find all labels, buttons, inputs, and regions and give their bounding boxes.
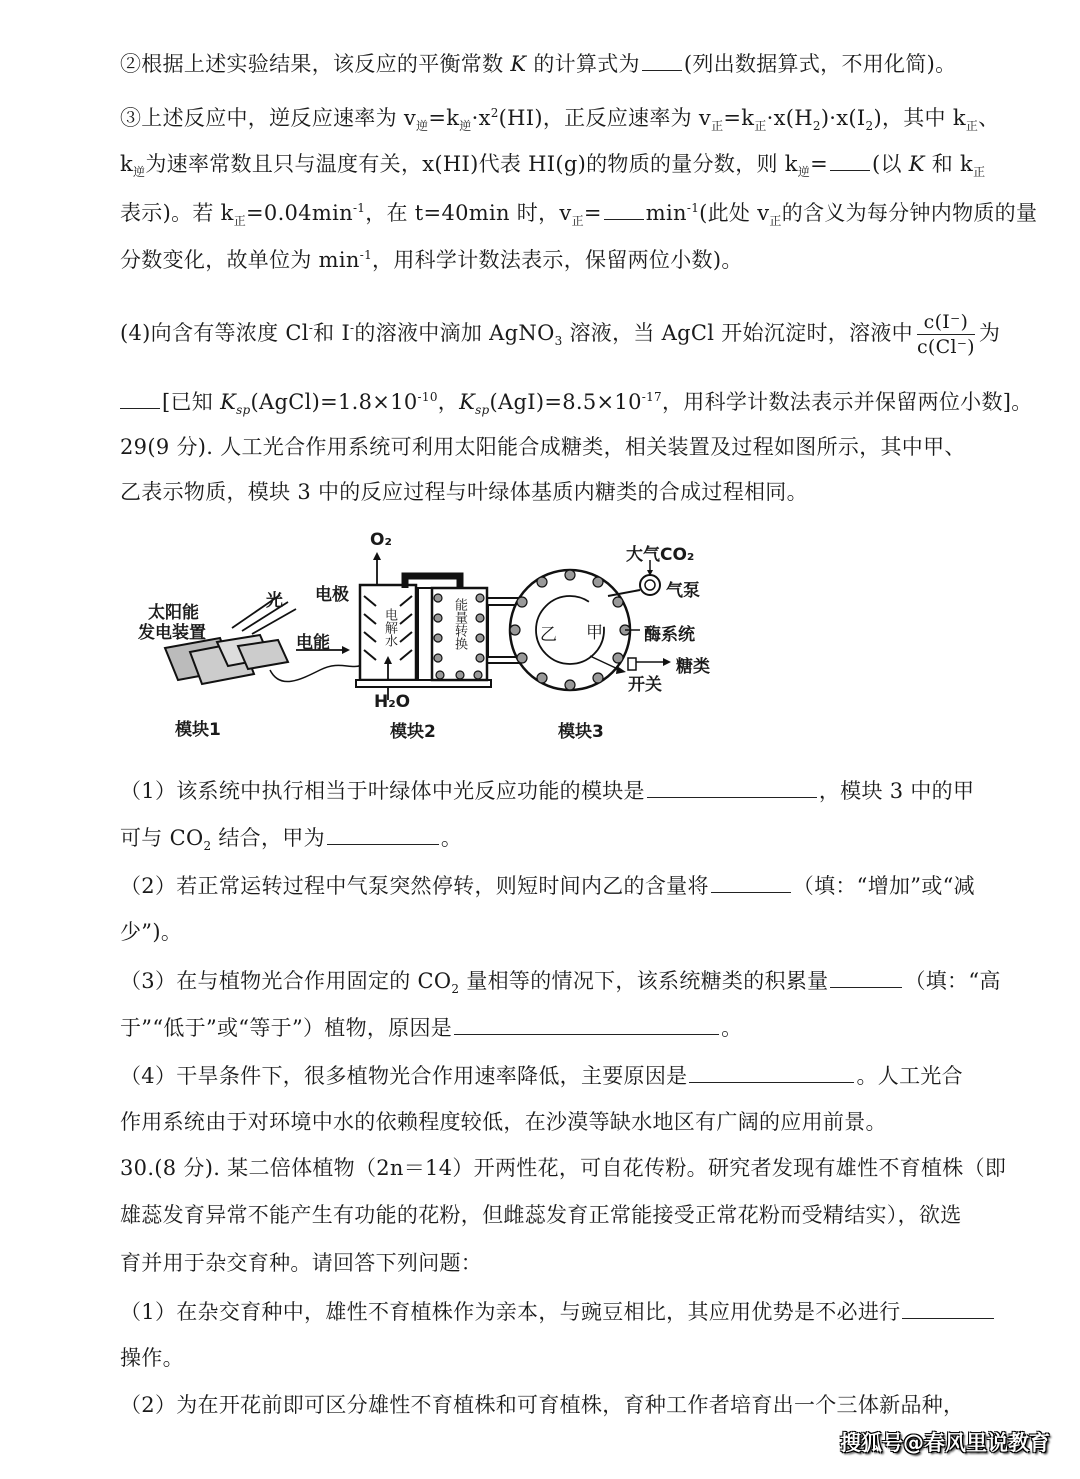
k-symbol: K <box>510 52 526 76</box>
module3-label: 模块3 <box>558 717 604 742</box>
text: ， <box>438 390 459 414</box>
text: 为速率常数且只与温度有关，x(HI)代表 HI(g)的物质的量分数，则 k <box>145 152 797 176</box>
sub: 正 <box>234 214 246 228</box>
text: 。 <box>441 826 462 850</box>
text: （4）干旱条件下，很多植物光合作用速率降低，主要原因是 <box>120 1064 687 1088</box>
q28-part3-line2: k逆为速率常数且只与温度有关，x(HI)代表 HI(g)的物质的量分数，则 k逆… <box>120 148 985 187</box>
q29-sub1-line1: （1）该系统中执行相当于叶绿体中光反应功能的模块是，模块 3 中的甲 <box>120 775 974 806</box>
char: 电 <box>382 608 397 621</box>
sub: sp <box>236 403 250 417</box>
text: (HI)，正反应速率为 v <box>499 106 711 130</box>
watermark: 搜狐号@春风里说教育 <box>840 1427 1050 1457</box>
q28-part2-line: ②根据上述实验结果，该反应的平衡常数 K 的计算式为(列出数据算式，不用化简)。 <box>120 48 956 79</box>
sup: -1 <box>687 201 699 215</box>
text: （2）若正常运转过程中气泵突然停转，则短时间内乙的含量将 <box>120 874 709 898</box>
text: 的含义为每分钟内物质的量 <box>782 201 1038 225</box>
ksp-symbol: K <box>220 390 236 414</box>
q29-sub2-line2: 少”)。 <box>120 917 182 947</box>
h2o-label: H₂O <box>374 692 410 712</box>
jia-label: 甲 <box>586 618 603 643</box>
char: 转 <box>452 624 467 637</box>
enzyme-system-label: 酶系统 <box>644 620 695 645</box>
energy-conversion-label: 能量转换 <box>452 598 467 650</box>
text: =k <box>428 106 459 130</box>
air-pump-label: 气泵 <box>666 576 700 601</box>
answer-blank[interactable] <box>711 870 791 893</box>
text: 为 <box>979 321 1000 345</box>
answer-blank[interactable] <box>647 775 817 798</box>
answer-blank[interactable] <box>327 822 439 845</box>
text: ·x <box>472 106 491 130</box>
char: 能 <box>452 598 467 611</box>
k-symbol: K <box>909 152 925 176</box>
q29-sub3-line1: （3）在与植物光合作用固定的 CO2 量相等的情况下，该系统糖类的积累量（填：“… <box>120 965 1001 1004</box>
text: (AgCl)=1.8×10 <box>251 390 418 414</box>
text: = <box>584 201 602 225</box>
q29-sub3-line2: 于”“低于”或“等于”）植物，原因是。 <box>120 1012 742 1043</box>
text: k <box>120 152 133 176</box>
answer-blank[interactable] <box>604 197 644 220</box>
sub: 正 <box>769 214 781 228</box>
text: 和 k <box>925 152 973 176</box>
text: （填：“高 <box>904 969 1000 993</box>
sub: 正 <box>572 214 584 228</box>
answer-blank[interactable] <box>120 386 160 409</box>
q29-header-line1: 29(9 分). 人工光合作用系统可利用太阳能合成糖类，相关装置及过程如图所示，… <box>120 432 966 462</box>
answer-blank[interactable] <box>642 48 682 71</box>
text: 溶液，当 AgCl 开始沉淀时，溶液中 <box>563 321 913 345</box>
text: (此处 v <box>699 201 769 225</box>
sub: 正 <box>754 119 766 133</box>
q28-part3-line3: 表示)。若 k正=0.04min-1，在 t=40min 时，v正=min-1(… <box>120 193 1037 236</box>
q29-sub4-line1: （4）干旱条件下，很多植物光合作用速率降低，主要原因是。人工光合 <box>120 1060 963 1091</box>
text: ，用科学计数法表示并保留两位小数]。 <box>662 390 1033 414</box>
text: 量相等的情况下，该系统糖类的积累量 <box>459 969 828 993</box>
text: =k <box>723 106 754 130</box>
ksp-symbol: K <box>459 390 475 414</box>
q29-sub1-line2: 可与 CO2 结合，甲为。 <box>120 822 462 861</box>
concentration-ratio-fraction: c(I⁻)c(Cl⁻) <box>917 310 975 359</box>
q30-line3: 育并用于杂交育种。请回答下列问题： <box>120 1248 482 1278</box>
light-label: 光 <box>266 586 283 611</box>
char: 解 <box>382 621 397 634</box>
sub: 逆 <box>133 165 145 179</box>
text: 于”“低于”或“等于”）植物，原因是 <box>120 1016 452 1040</box>
text: 的溶液中滴加 AgNO <box>354 321 554 345</box>
q30-line1: 30.(8 分). 某二倍体植物（2n＝14）开两性花，可自花传粉。研究者发现有… <box>120 1153 1006 1183</box>
text: ，用科学计数法表示，保留两位小数)。 <box>372 248 743 272</box>
yi-label: 乙 <box>540 620 557 645</box>
sup: -17 <box>642 390 662 404</box>
denominator: c(Cl⁻) <box>917 335 975 359</box>
text: 、 <box>978 106 999 130</box>
text: (4)向含有等浓度 Cl <box>120 321 309 345</box>
q28-part3-line4: 分数变化，故单位为 min-1，用科学计数法表示，保留两位小数)。 <box>120 240 743 275</box>
text: （填：“增加”或“减 <box>793 874 975 898</box>
text: min <box>646 201 687 225</box>
solar-label-line2: 发电装置 <box>138 618 206 643</box>
electrode-label: 电极 <box>315 580 349 605</box>
sub: 正 <box>711 119 723 133</box>
q30-sub1-line1: （1）在杂交育种中，雄性不育植株作为亲本，与豌豆相比，其应用优势是不必进行 <box>120 1296 996 1327</box>
text: ·x(H <box>767 106 813 130</box>
text: )·x(I <box>821 106 866 130</box>
module2-label: 模块2 <box>390 717 436 742</box>
text: （3）在与植物光合作用固定的 CO <box>120 969 451 993</box>
artificial-photosynthesis-diagram: O₂ 电极 光 太阳能 发电装置 电能 电解水 能量转换 H₂O 模块1 模块2… <box>120 530 800 760</box>
sub: 正 <box>973 165 985 179</box>
text: （1）在杂交育种中，雄性不育植株作为亲本，与豌豆相比，其应用优势是不必进行 <box>120 1300 900 1324</box>
sub: 逆 <box>416 119 428 133</box>
char: 换 <box>452 637 467 650</box>
q28-part4-line1: (4)向含有等浓度 Cl-和 I-的溶液中滴加 AgNO3 溶液，当 AgCl … <box>120 310 1000 359</box>
sub: 正 <box>966 119 978 133</box>
sup: -1 <box>360 248 372 262</box>
numerator: c(I⁻) <box>917 310 975 335</box>
sub: 3 <box>555 334 563 348</box>
answer-blank[interactable] <box>454 1012 719 1035</box>
text: = <box>810 152 828 176</box>
answer-blank[interactable] <box>689 1060 854 1083</box>
sub: 逆 <box>798 165 810 179</box>
text: =0.04min <box>246 201 353 225</box>
q29-sub2-line1: （2）若正常运转过程中气泵突然停转，则短时间内乙的含量将（填：“增加”或“减 <box>120 870 975 901</box>
sub: 逆 <box>459 119 471 133</box>
text: 。 <box>721 1016 742 1040</box>
sup: -1 <box>353 201 365 215</box>
text: 分数变化，故单位为 min <box>120 248 360 272</box>
q29-header-line2: 乙表示物质，模块 3 中的反应过程与叶绿体基质内糖类的合成过程相同。 <box>120 477 808 507</box>
text: [已知 <box>162 390 220 414</box>
text: 结合，甲为 <box>211 826 324 850</box>
text: 的计算式为 <box>526 52 639 76</box>
atmospheric-co2-label: 大气CO₂ <box>626 540 694 565</box>
q28-part4-line2: [已知 Ksp(AgCl)=1.8×10-10，Ksp(AgI)=8.5×10-… <box>120 382 1033 425</box>
electrolysis-label: 电解水 <box>382 608 397 647</box>
sub: sp <box>475 403 489 417</box>
o2-label: O₂ <box>370 530 392 550</box>
sugars-label: 糖类 <box>676 652 710 677</box>
electric-energy-label: 电能 <box>296 628 330 653</box>
text: 。人工光合 <box>856 1064 963 1088</box>
q30-sub1-line2: 操作。 <box>120 1343 184 1373</box>
text: (列出数据算式，不用化简)。 <box>684 52 957 76</box>
module1-label: 模块1 <box>175 715 221 740</box>
text: ，模块 3 中的甲 <box>819 779 974 803</box>
text: (以 <box>872 152 909 176</box>
text: )，其中 k <box>873 106 965 130</box>
answer-blank[interactable] <box>830 965 902 988</box>
char: 水 <box>382 634 397 647</box>
text: 可与 CO <box>120 826 203 850</box>
q30-sub2-line1: （2）为在开花前即可区分雄性不育植株和可育植株，育种工作者培育出一个三体新品种， <box>120 1390 964 1420</box>
answer-blank[interactable] <box>902 1296 994 1319</box>
text: (AgI)=8.5×10 <box>490 390 642 414</box>
sup: -10 <box>418 390 438 404</box>
sub: 2 <box>813 119 821 133</box>
q30-line2: 雄蕊发育异常不能产生有功能的花粉，但雌蕊发育正常能接受正常花粉而受精结实），欲选 <box>120 1200 962 1230</box>
text: ，在 t=40min 时，v <box>365 201 571 225</box>
text: ③上述反应中，逆反应速率为 v <box>120 106 416 130</box>
text: （1）该系统中执行相当于叶绿体中光反应功能的模块是 <box>120 779 645 803</box>
q29-sub4-line2: 作用系统由于对环境中水的依赖程度较低，在沙漠等缺水地区有广阔的应用前景。 <box>120 1107 887 1137</box>
text: 和 I <box>313 321 350 345</box>
sup: 2 <box>491 106 499 120</box>
q28-part3-line1: ③上述反应中，逆反应速率为 v逆=k逆·x2(HI)，正反应速率为 v正=k正·… <box>120 98 999 141</box>
switch-label: 开关 <box>628 670 662 695</box>
text: 表示)。若 k <box>120 201 234 225</box>
text: ②根据上述实验结果，该反应的平衡常数 <box>120 52 510 76</box>
answer-blank[interactable] <box>830 148 870 171</box>
char: 量 <box>452 611 467 624</box>
